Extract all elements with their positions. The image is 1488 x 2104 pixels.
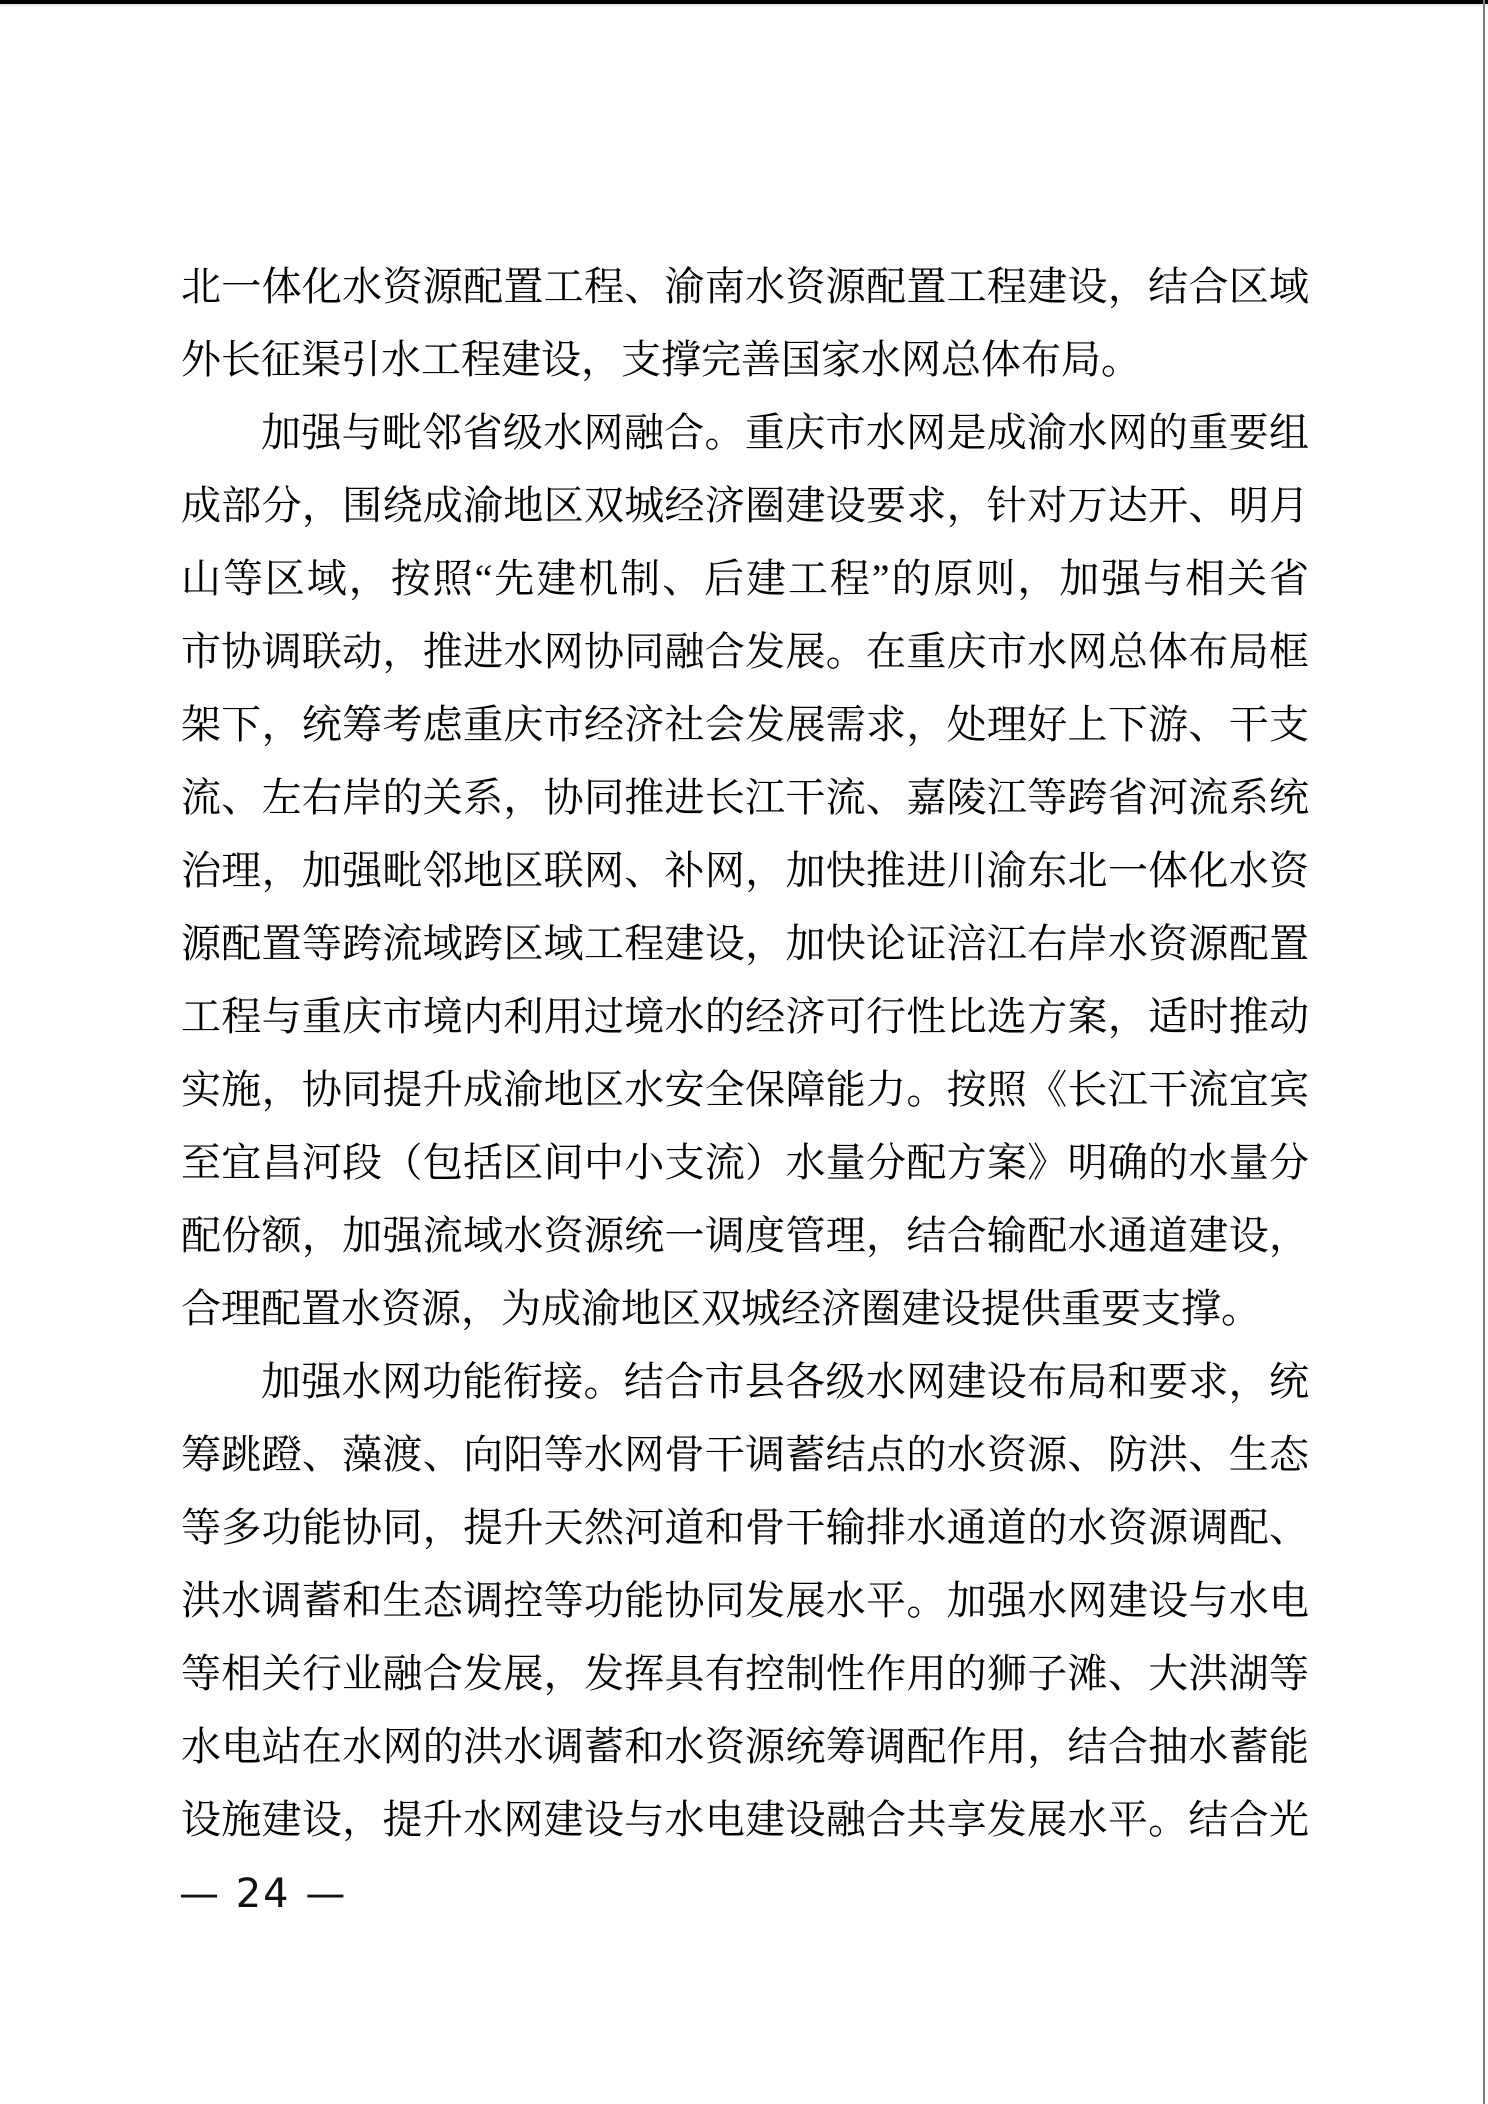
scan-edge-top-shadow [0, 4, 1488, 6]
document-page: 北一体化水资源配置工程、渝南水资源配置工程建设，结合区域 外长征渠引水工程建设，… [0, 0, 1488, 2104]
text-line: 成部分，围绕成渝地区双城经济圈建设要求，针对万达开、明月 [181, 469, 1309, 542]
text-line: 等相关行业融合发展，发挥具有控制性作用的狮子滩、大洪湖等 [181, 1637, 1309, 1710]
text-line: 设施建设，提升水网建设与水电建设融合共享发展水平。结合光 [181, 1783, 1309, 1856]
text-line: 合理配置水资源，为成渝地区双城经济圈建设提供重要支撑。 [181, 1272, 1309, 1345]
text-line: 架下，统筹考虑重庆市经济社会发展需求，处理好上下游、干支 [181, 688, 1309, 761]
text-line: 筹跳蹬、藻渡、向阳等水网骨干调蓄结点的水资源、防洪、生态 [181, 1418, 1309, 1491]
text-line: 水电站在水网的洪水调蓄和水资源统筹调配作用，结合抽水蓄能 [181, 1710, 1309, 1783]
text-line: 治理，加强毗邻地区联网、补网，加快推进川渝东北一体化水资 [181, 834, 1309, 907]
scan-edge-right [1483, 0, 1485, 2104]
text-line: 实施，协同提升成渝地区水安全保障能力。按照《长江干流宜宾 [181, 1053, 1309, 1126]
text-line: 等多功能协同，提升天然河道和骨干输排水通道的水资源调配、 [181, 1491, 1309, 1564]
text-line: 洪水调蓄和生态调控等功能协同发展水平。加强水网建设与水电 [181, 1564, 1309, 1637]
document-body: 北一体化水资源配置工程、渝南水资源配置工程建设，结合区域 外长征渠引水工程建设，… [181, 250, 1309, 1856]
text-line: 北一体化水资源配置工程、渝南水资源配置工程建设，结合区域 [181, 250, 1309, 323]
text-line: 源配置等跨流域跨区域工程建设，加快论证涪江右岸水资源配置 [181, 907, 1309, 980]
text-line: 至宜昌河段（包括区间中小支流）水量分配方案》明确的水量分 [181, 1126, 1309, 1199]
text-line: 市协调联动，推进水网协同融合发展。在重庆市水网总体布局框 [181, 615, 1309, 688]
text-line: 外长征渠引水工程建设，支撑完善国家水网总体布局。 [181, 323, 1309, 396]
text-line: 配份额，加强流域水资源统一调度管理，结合输配水通道建设， [181, 1199, 1309, 1272]
text-line: 加强水网功能衔接。结合市县各级水网建设布局和要求，统 [181, 1345, 1309, 1418]
text-line: 工程与重庆市境内利用过境水的经济可行性比选方案，适时推动 [181, 980, 1309, 1053]
text-line: 山等区域，按照“先建机制、后建工程”的原则，加强与相关省 [181, 542, 1309, 615]
text-line: 加强与毗邻省级水网融合。重庆市水网是成渝水网的重要组 [181, 396, 1309, 469]
text-line: 流、左右岸的关系，协同推进长江干流、嘉陵江等跨省河流系统 [181, 761, 1309, 834]
page-number: — 24 — [179, 1866, 347, 1922]
